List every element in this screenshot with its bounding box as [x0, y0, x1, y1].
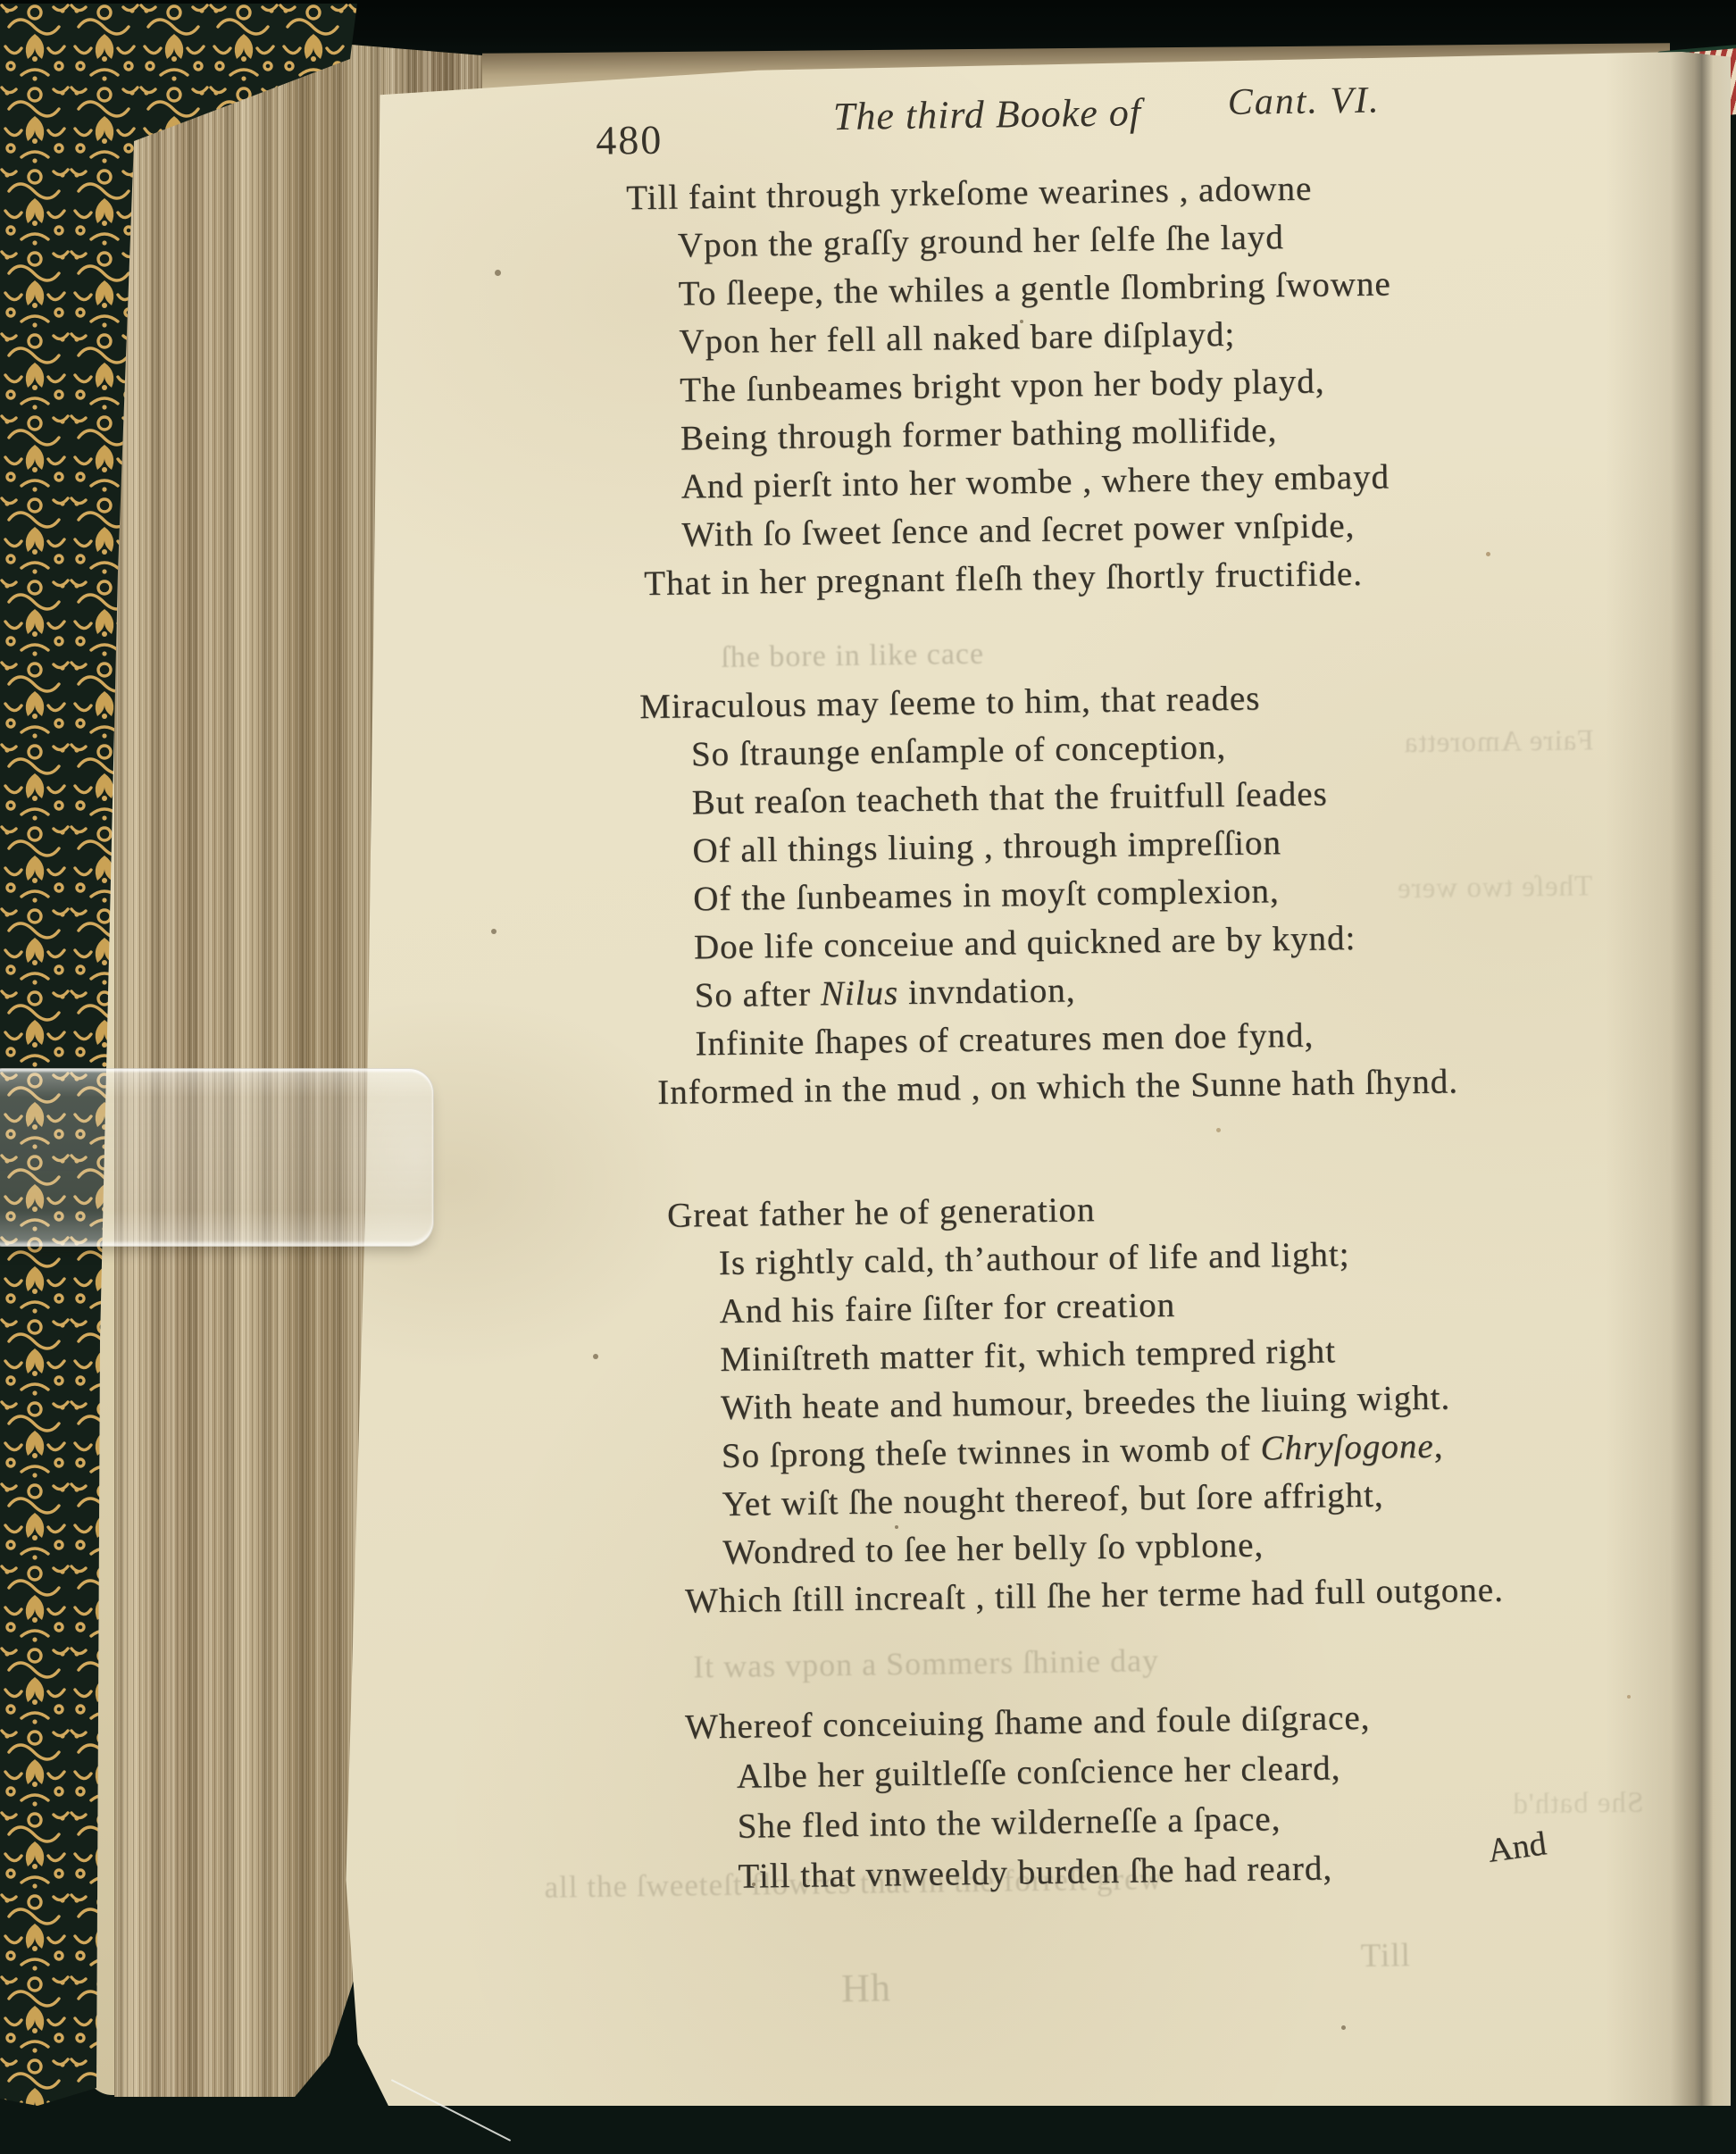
stanza: Whereof conceiuing ſhame and foule diſgr… — [685, 1691, 1736, 1907]
canto-label: Cant. VI. — [1227, 79, 1380, 124]
bleedthrough-text: Till — [1360, 1936, 1411, 1975]
bleedthrough-text: ſhe bore in like cace — [721, 638, 984, 675]
bleedthrough-text: It was vpon a Sommers ſhinie day — [693, 1641, 1159, 1685]
book-page: 480 The third Booke of Cant. VI. ſhe bor… — [341, 52, 1731, 2106]
gutter-shadow — [1606, 52, 1731, 2106]
running-title: The third Booke of — [833, 89, 1142, 139]
catchword: And — [1485, 1824, 1548, 1870]
stanza: Great father he of generationIs rightly … — [667, 1180, 1736, 1629]
book-photograph: 480 The third Booke of Cant. VI. ſhe bor… — [0, 0, 1736, 2154]
printed-text-layer: 480 The third Booke of Cant. VI. ſhe bor… — [327, 42, 1736, 2116]
stanza: Miraculous may ſeeme to him, that reades… — [639, 672, 1736, 1121]
page-number: 480 — [596, 116, 664, 164]
acrylic-book-weight — [0, 1068, 434, 1247]
bleedthrough-text: Hh — [841, 1965, 891, 2011]
stanza: Till faint through yrkeſome wearines , a… — [626, 163, 1736, 612]
